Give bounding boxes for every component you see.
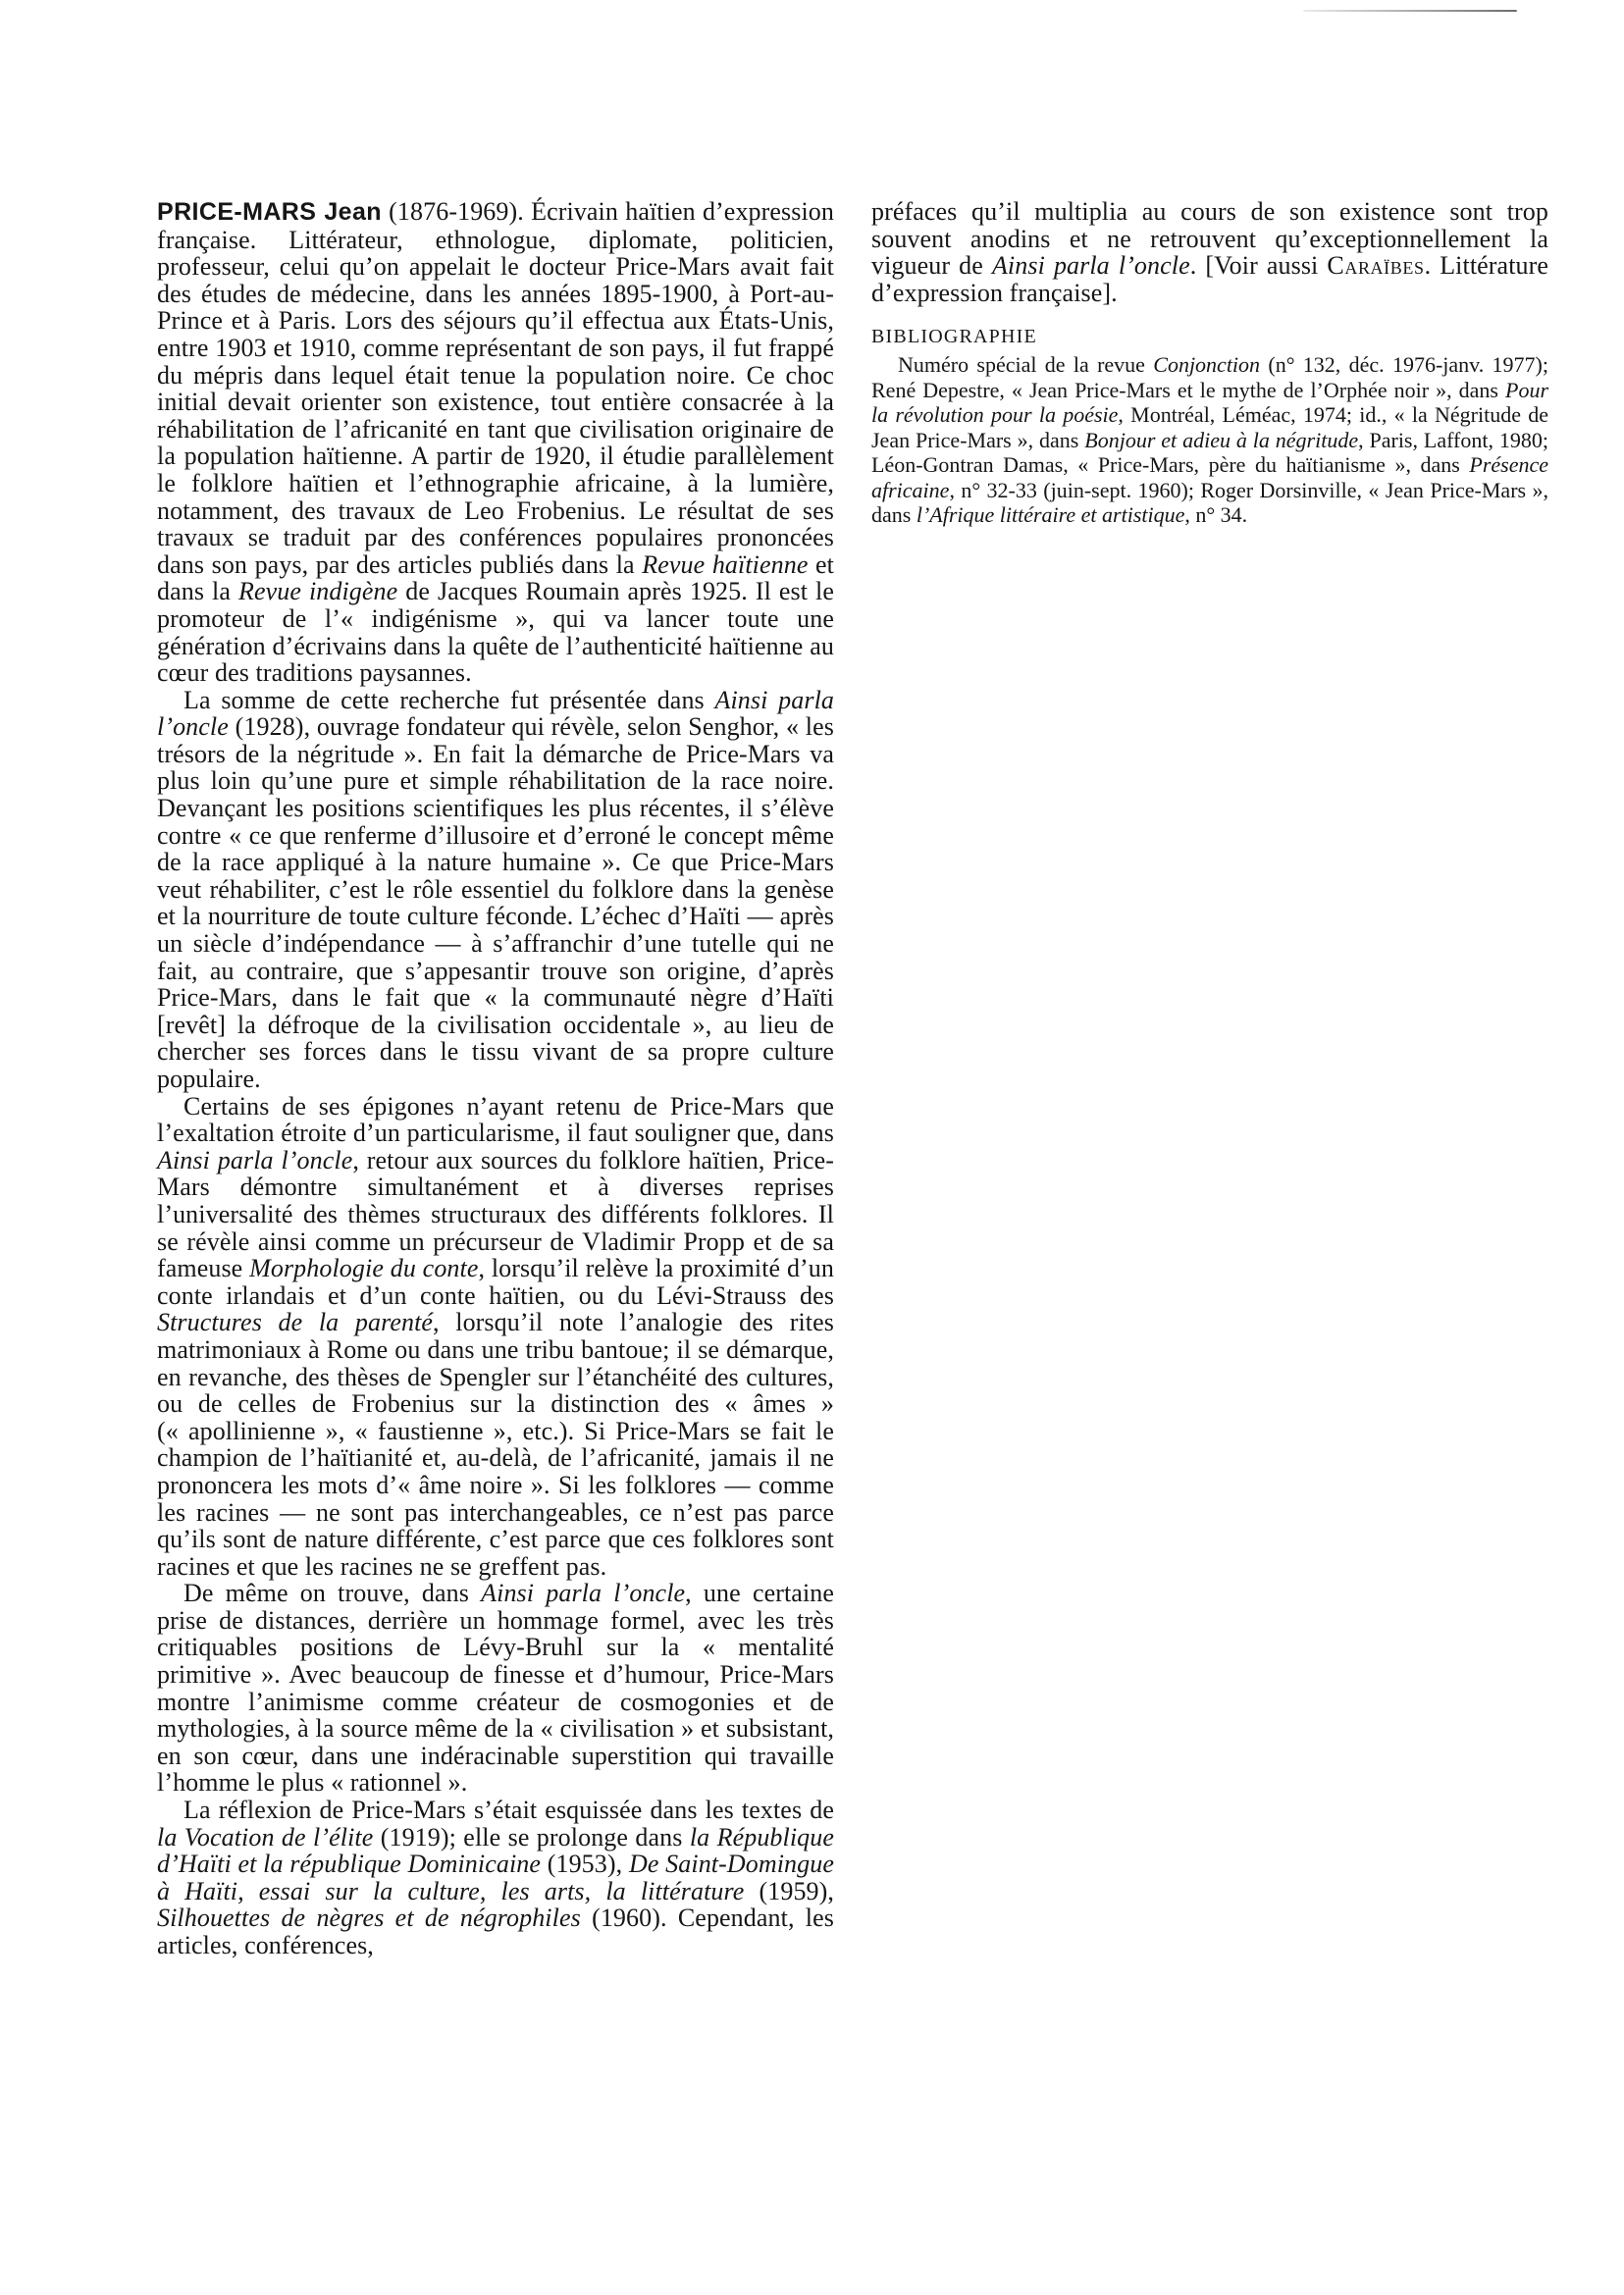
entry-paragraph: La réflexion de Price-Mars s’était esqui… <box>157 1797 834 1959</box>
article-column-right: préfaces qu’il multiplia au cours de son… <box>871 198 1548 528</box>
article-column-left: PRICE-MARS Jean (1876-1969). Écrivain ha… <box>157 198 834 1959</box>
entry-paragraph: La somme de cette recherche fut présenté… <box>157 687 834 1093</box>
entry-paragraph-intro: PRICE-MARS Jean (1876-1969). Écrivain ha… <box>157 198 834 687</box>
entry-paragraph-continuation: préfaces qu’il multiplia au cours de son… <box>871 198 1548 306</box>
bibliography-text: Numéro spécial de la revue Conjonction (… <box>871 352 1548 528</box>
scan-artifact-line <box>1303 10 1517 12</box>
scanned-encyclopedia-page: PRICE-MARS Jean (1876-1969). Écrivain ha… <box>0 0 1624 2295</box>
entry-paragraph: Certains de ses épigones n’ayant retenu … <box>157 1093 834 1581</box>
bibliography-heading: BIBLIOGRAPHIE <box>871 326 1548 348</box>
entry-paragraph: De même on trouve, dans Ainsi parla l’on… <box>157 1580 834 1797</box>
